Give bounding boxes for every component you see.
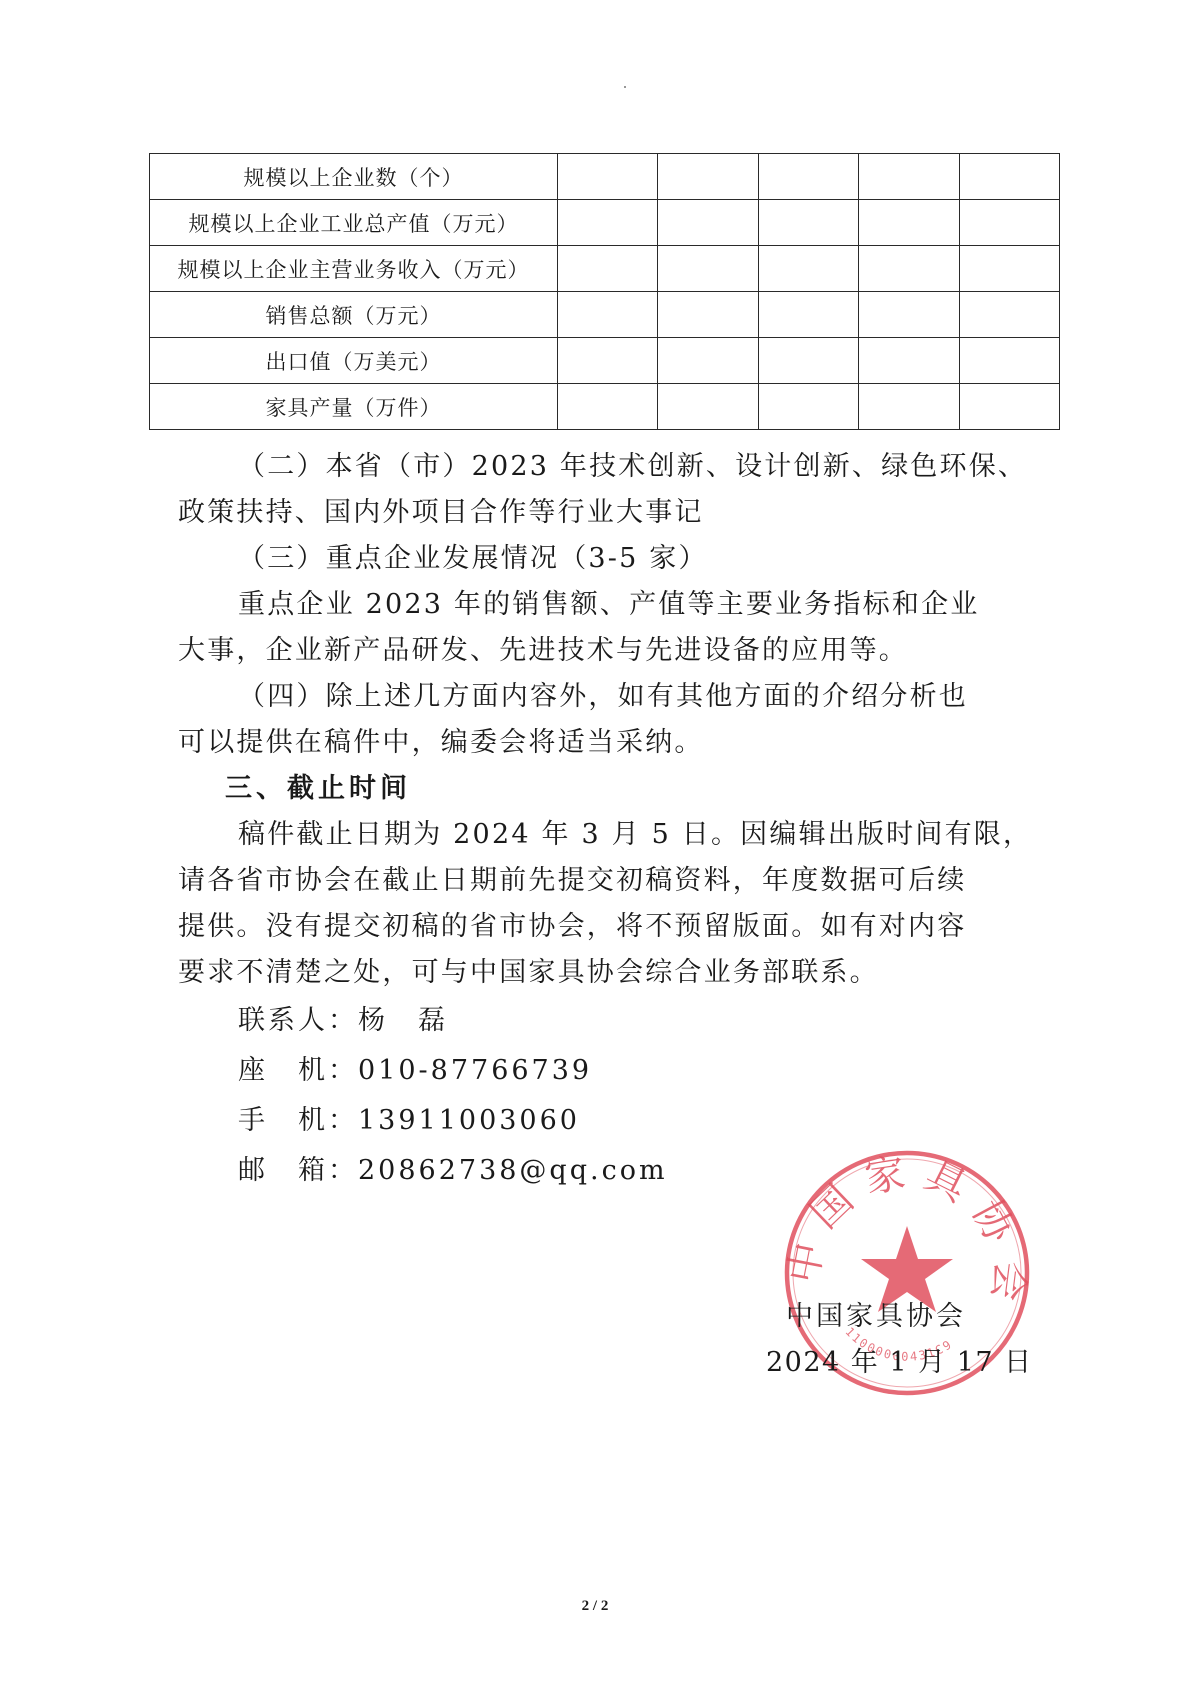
section2-line2: 政策扶持、国内外项目合作等行业大事记 xyxy=(178,496,704,530)
value-cell xyxy=(959,338,1059,384)
value-cell xyxy=(859,292,959,338)
value-cell xyxy=(959,292,1059,338)
contact-person-label: 联系人： xyxy=(238,1005,358,1036)
value-cell xyxy=(758,246,858,292)
deadline-line2: 请各省市协会在截止日期前先提交初稿资料，年度数据可后续 xyxy=(178,864,966,898)
section4-line1: （四）除上述几方面内容外，如有其他方面的介绍分析也 xyxy=(238,680,968,714)
value-cell xyxy=(658,292,758,338)
email-label: 邮 箱： xyxy=(238,1155,358,1186)
value-cell xyxy=(658,384,758,430)
value-cell xyxy=(758,384,858,430)
section2-line1: （二）本省（市）2023 年技术创新、设计创新、绿色环保、 xyxy=(238,450,1027,484)
row-label: 规模以上企业数（个） xyxy=(150,154,558,200)
table-row: 规模以上企业工业总产值（万元） xyxy=(150,200,1060,246)
value-cell xyxy=(758,200,858,246)
section3-line1: 重点企业 2023 年的销售额、产值等主要业务指标和企业 xyxy=(238,588,979,622)
document-page: 规模以上企业数（个） 规模以上企业工业总产值（万元） 规模以上企业主营业务收入（… xyxy=(0,0,1190,1682)
value-cell xyxy=(959,154,1059,200)
row-label: 家具产量（万件） xyxy=(150,384,558,430)
row-label: 规模以上企业主营业务收入（万元） xyxy=(150,246,558,292)
row-label: 销售总额（万元） xyxy=(150,292,558,338)
scan-speck xyxy=(624,86,626,88)
section3-title: （三）重点企业发展情况（3-5 家） xyxy=(238,542,708,576)
contact-email: 邮 箱：20862738@qq.com xyxy=(238,1154,668,1188)
value-cell xyxy=(859,200,959,246)
landline-label: 座 机： xyxy=(238,1055,358,1086)
contact-person-name: 杨 磊 xyxy=(358,1005,448,1036)
contact-mobile: 手 机：13911003060 xyxy=(238,1104,580,1138)
deadline-heading: 三、截止时间 xyxy=(225,772,411,806)
value-cell xyxy=(658,200,758,246)
value-cell xyxy=(859,246,959,292)
table-row: 规模以上企业主营业务收入（万元） xyxy=(150,246,1060,292)
value-cell xyxy=(558,200,658,246)
value-cell xyxy=(558,292,658,338)
deadline-line1: 稿件截止日期为 2024 年 3 月 5 日。因编辑出版时间有限， xyxy=(238,818,1032,852)
value-cell xyxy=(558,154,658,200)
mobile-number: 13911003060 xyxy=(358,1105,580,1136)
signature-organization: 中国家具协会 xyxy=(786,1294,966,1333)
table-row: 销售总额（万元） xyxy=(150,292,1060,338)
value-cell xyxy=(758,154,858,200)
value-cell xyxy=(558,384,658,430)
table-row: 家具产量（万件） xyxy=(150,384,1060,430)
value-cell xyxy=(758,292,858,338)
value-cell xyxy=(558,338,658,384)
value-cell xyxy=(859,384,959,430)
value-cell xyxy=(658,246,758,292)
section3-line2: 大事，企业新产品研发、先进技术与先进设备的应用等。 xyxy=(178,634,908,668)
value-cell xyxy=(959,200,1059,246)
row-label: 出口值（万美元） xyxy=(150,338,558,384)
page-number: 2 / 2 xyxy=(0,1598,1190,1615)
row-label: 规模以上企业工业总产值（万元） xyxy=(150,200,558,246)
email-address[interactable]: 20862738@qq.com xyxy=(358,1155,668,1186)
contact-landline: 座 机：010-87766739 xyxy=(238,1054,592,1088)
table-row: 出口值（万美元） xyxy=(150,338,1060,384)
deadline-line4: 要求不清楚之处，可与中国家具协会综合业务部联系。 xyxy=(178,956,879,990)
table-row: 规模以上企业数（个） xyxy=(150,154,1060,200)
contact-person: 联系人：杨 磊 xyxy=(238,1004,448,1038)
landline-number: 010-87766739 xyxy=(358,1055,592,1086)
deadline-line3: 提供。没有提交初稿的省市协会，将不预留版面。如有对内容 xyxy=(178,910,966,944)
value-cell xyxy=(558,246,658,292)
statistics-table: 规模以上企业数（个） 规模以上企业工业总产值（万元） 规模以上企业主营业务收入（… xyxy=(149,153,1060,430)
value-cell xyxy=(859,154,959,200)
value-cell xyxy=(758,338,858,384)
section4-line2: 可以提供在稿件中，编委会将适当采纳。 xyxy=(178,726,704,760)
value-cell xyxy=(859,338,959,384)
value-cell xyxy=(658,154,758,200)
mobile-label: 手 机： xyxy=(238,1105,358,1136)
value-cell xyxy=(658,338,758,384)
value-cell xyxy=(959,384,1059,430)
signature-date: 2024 年 1 月 17 日 xyxy=(766,1340,1033,1379)
value-cell xyxy=(959,246,1059,292)
